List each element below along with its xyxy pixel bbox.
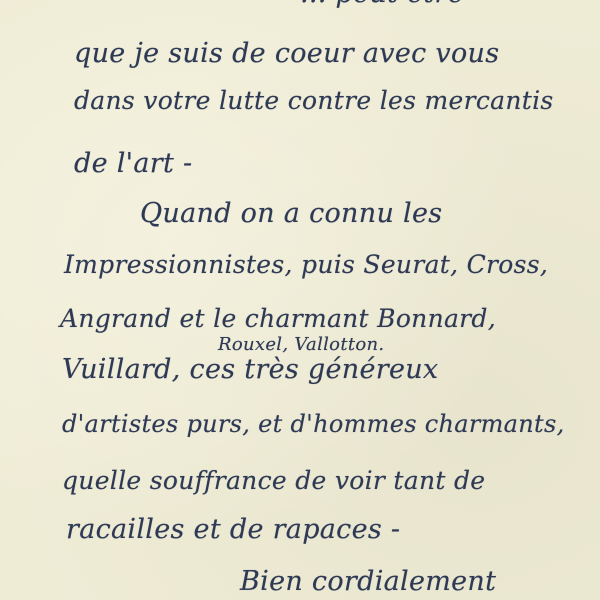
letter-line-3: dans votre lutte contre les mercantis [74, 86, 554, 115]
letter-paper: ... peut être que je suis de coeur avec … [0, 0, 600, 600]
letter-signoff: Bien cordialement [240, 566, 496, 597]
letter-line-7: Angrand et le charmant Bonnard, [60, 304, 496, 333]
letter-line-10: d'artistes purs, et d'hommes charmants, [62, 410, 565, 438]
letter-line-2: que je suis de coeur avec vous [74, 38, 499, 69]
letter-line-4: de l'art - [74, 148, 192, 179]
letter-line-6: Impressionnistes, puis Seurat, Cross, [64, 250, 548, 279]
letter-line-1: ... peut être [300, 0, 464, 9]
letter-line-9: Vuillard, ces très généreux [62, 354, 438, 385]
letter-line-8-insert: Rouxel, Vallotton. [218, 334, 384, 355]
letter-line-12: racailles et de rapaces - [66, 514, 400, 545]
letter-line-5: Quand on a connu les [140, 198, 442, 229]
letter-line-11: quelle souffrance de voir tant de [62, 466, 485, 495]
